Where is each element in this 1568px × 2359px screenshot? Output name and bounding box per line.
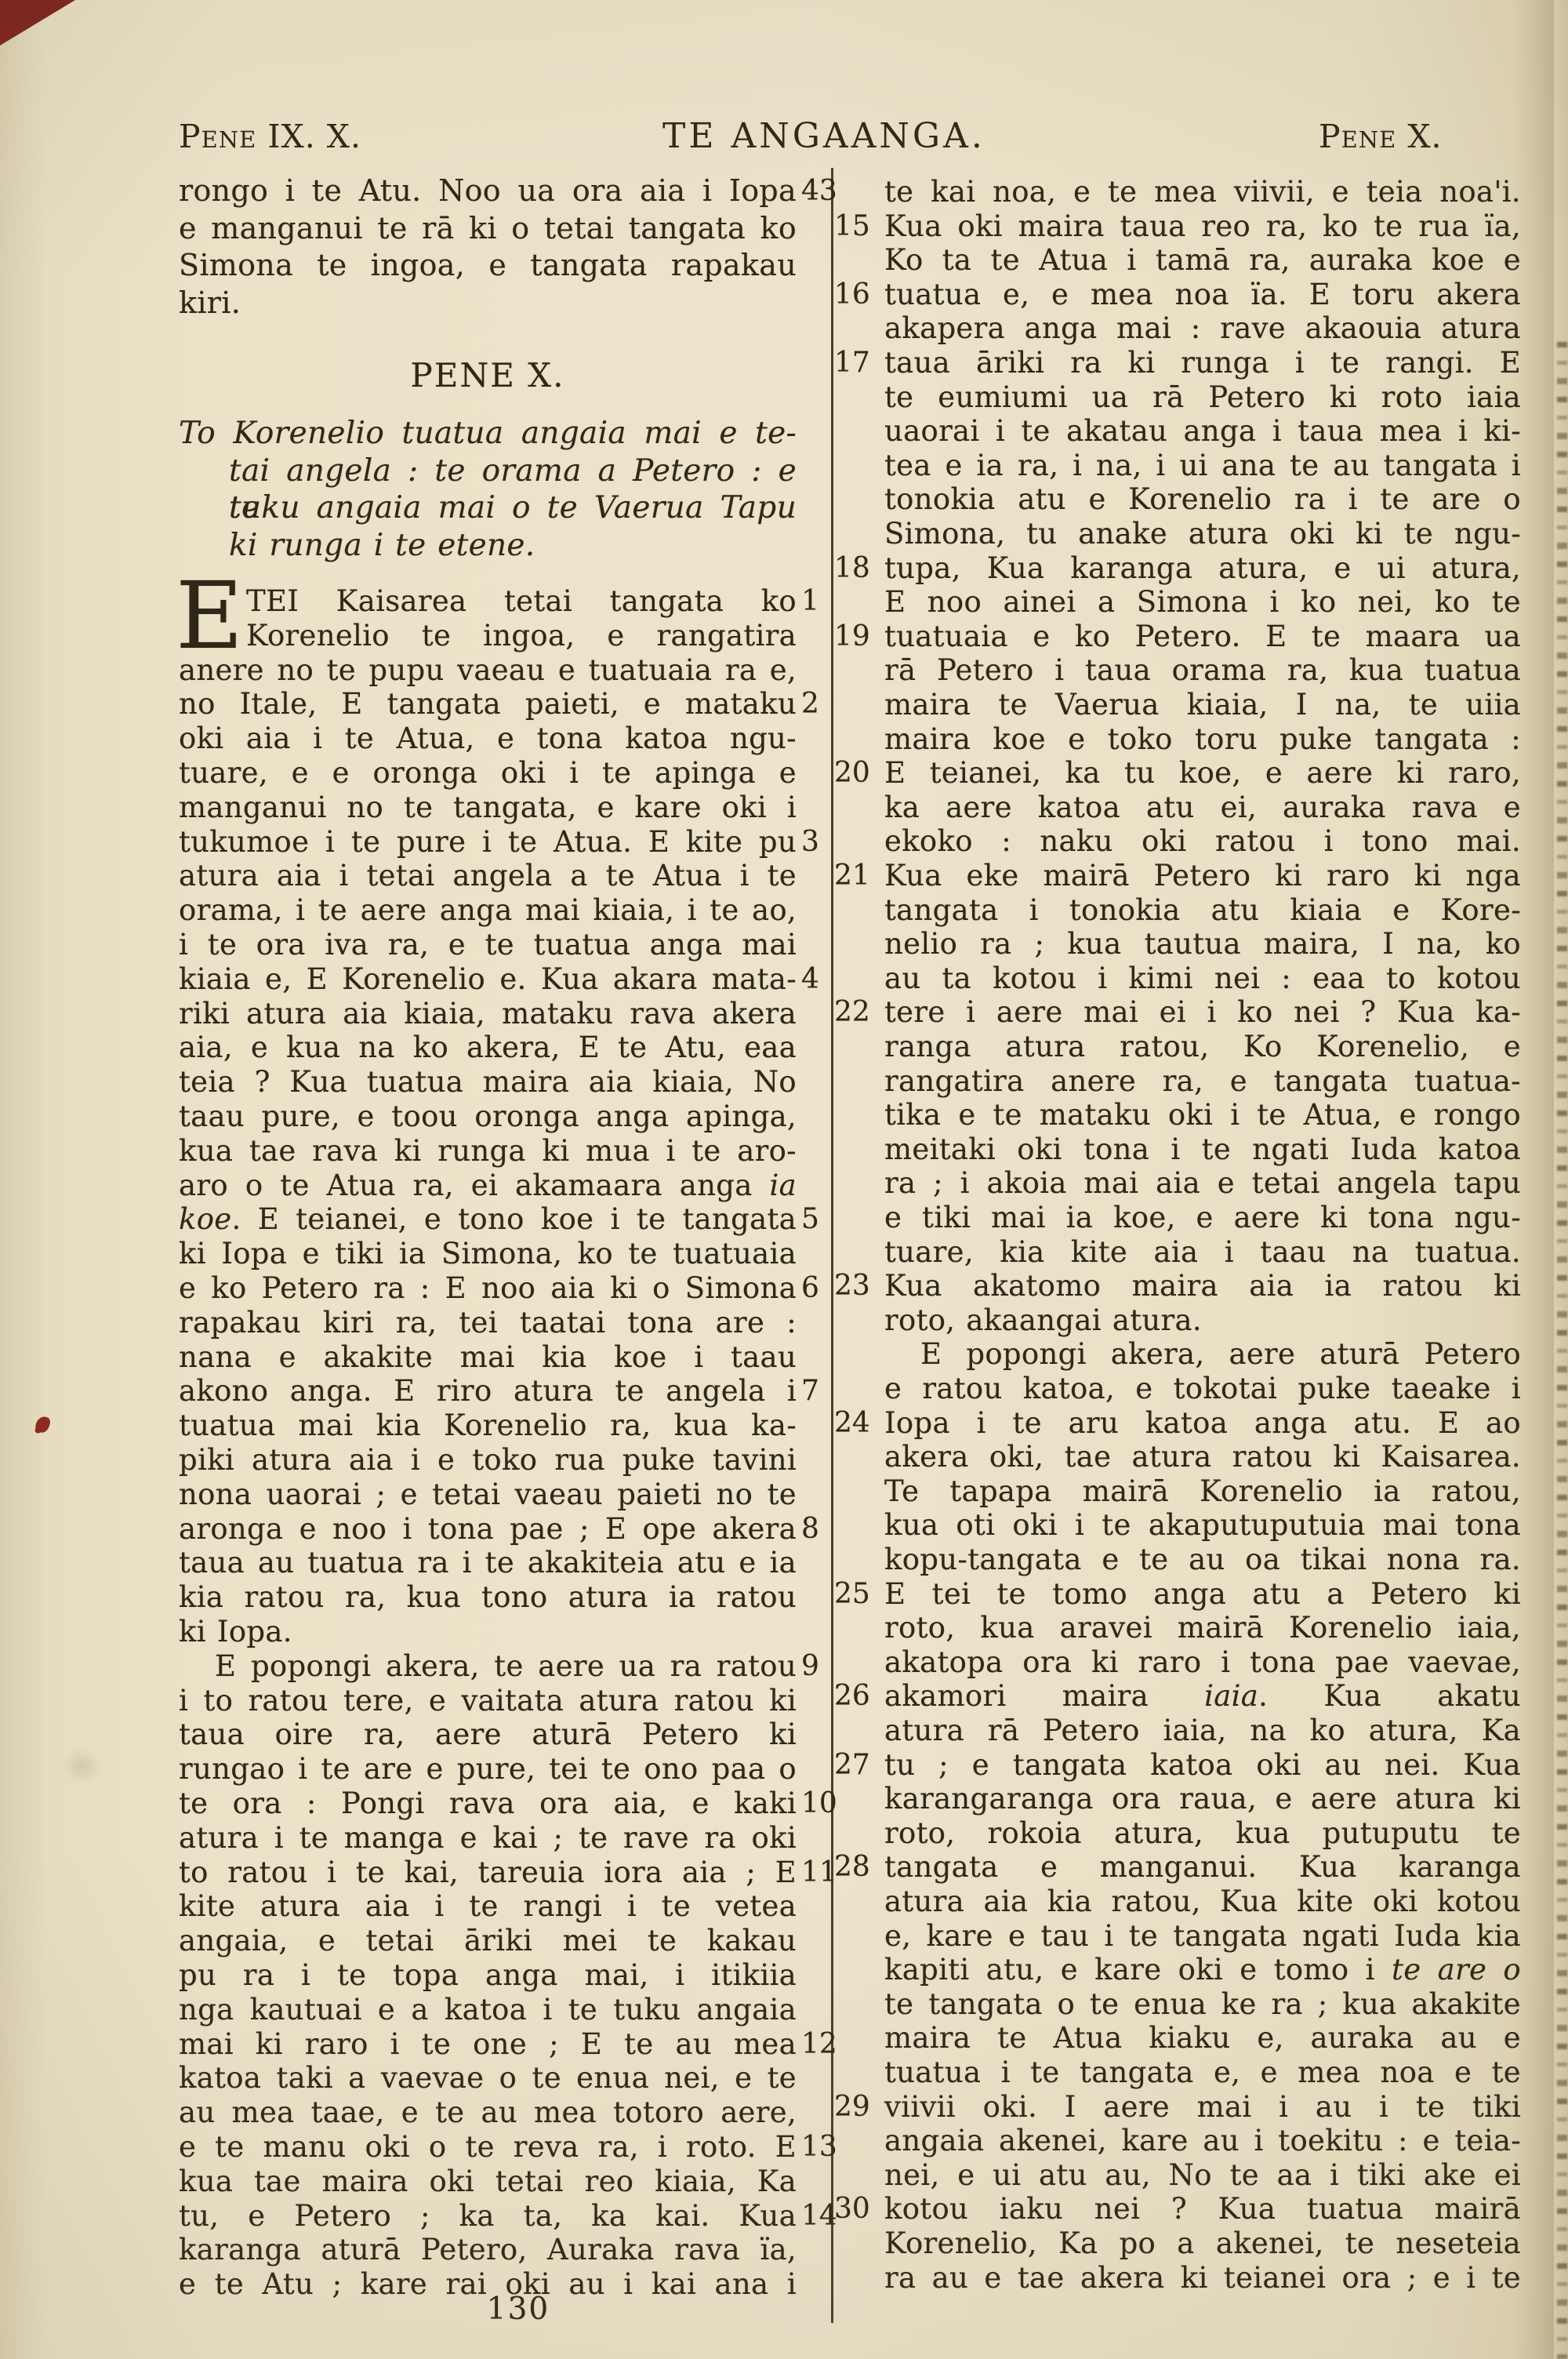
verse-number: 5	[801, 1202, 842, 1237]
left-column: rongo i te Atu. Noo ua ora aia i Iopa43e…	[179, 0, 797, 2359]
text-line: meitaki oki tona i te ngati Iuda katoa	[884, 1132, 1521, 1167]
text-line: Kua oki maira taua reo ra, ko te rua ïa,…	[884, 209, 1521, 244]
text-line: Kua eke mairā Petero ki raro ki nga21	[884, 859, 1521, 893]
text-line: Ko ta te Atua i tamā ra, auraka koe e	[884, 243, 1521, 278]
text-line: e ratou katoa, e tokotai puke taeake i	[884, 1372, 1521, 1406]
text-line: i to ratou tere, e vaitata atura ratou k…	[179, 1684, 797, 1718]
text-line: au ta kotou i kimi nei : eaa to kotou	[884, 961, 1521, 996]
text-line: tu, e Petero ; ka ta, ka kai. Kua14	[179, 2199, 797, 2234]
text-line: aronga e noo i tona pae ; E ope akera8	[179, 1512, 797, 1547]
text-line: kite atura aia i te rangi i te vetea	[179, 1889, 797, 1924]
text-line: e tiki mai ia koe, e aere ki tona ngu-	[884, 1201, 1521, 1235]
text-line: tu ; e tangata katoa oki au nei. Kua27	[884, 1748, 1521, 1783]
verse-number: 16	[834, 278, 880, 312]
verse-number: 27	[834, 1748, 880, 1783]
text-line: uaorai i te akatau anga i taua mea i ki-	[884, 414, 1521, 449]
text-line: kopu-tangata e te au oa tikai nona ra.	[884, 1543, 1521, 1577]
column-divider-rule	[831, 168, 833, 2323]
text-line: kiaia e, E Korenelio e. Kua akara mata-4	[179, 962, 797, 997]
text-line: kua oti oki i te akaputuputuia mai tona	[884, 1508, 1521, 1543]
text-line: nga kautuai e a katoa i te tuku angaia	[179, 1993, 797, 2027]
text-line: Kua akatomo maira aia ia ratou ki23	[884, 1269, 1521, 1303]
text-line: ekoko : naku oki ratou i tono mai.	[884, 824, 1521, 859]
text-line: no Itale, E tangata paieti, e mataku2	[179, 687, 797, 722]
verse-number: 28	[834, 1850, 880, 1885]
text-line: akapera anga mai : rave akaouia atura	[884, 311, 1521, 346]
text-line: tuatua e, e mea noa ïa. E toru akera16	[884, 278, 1521, 312]
verse-number: 19	[834, 620, 880, 654]
text-line: E popongi akera, te aere ua ra ratou9	[179, 1649, 797, 1684]
text-line: nei, e ui atu au, No te aa i tiki ake ei	[884, 2158, 1521, 2193]
text-line: tere i aere mai ei i ko nei ? Kua ka-22	[884, 995, 1521, 1030]
text-line: kua tae maira oki tetai reo kiaia, Ka	[179, 2165, 797, 2199]
text-line: te ora : Pongi rava ora aia, e kaki10	[179, 1787, 797, 1821]
text-line: tupa, Kua karanga atura, e ui atura,18	[884, 551, 1521, 586]
text-line: tuatua i te tangata e, e mea noa e te	[884, 2055, 1521, 2090]
verse-number: 30	[834, 2192, 880, 2226]
text-line: koe. E teianei, e tono koe i te tangata5	[179, 1202, 797, 1237]
text-line: maira te Vaerua kiaia, I na, te uiia	[884, 688, 1521, 722]
text-line: kapiti atu, e kare oki e tomo i te are o	[884, 1953, 1521, 1987]
text-line: kua tae rava ki runga ki mua i te aro-	[179, 1134, 797, 1169]
chapter-heading: PENE X.	[179, 356, 797, 394]
verse-number: 29	[834, 2090, 880, 2125]
text-line: To Korenelio tuatua angaia mai e te-	[179, 415, 797, 453]
text-line: e te manu oki o te reva ra, i roto. E13	[179, 2130, 797, 2165]
text-line: ki runga i te etene.	[179, 527, 797, 565]
text-line: akatopa ora ki raro i tona pae vaevae,	[884, 1645, 1521, 1680]
text-line: roto, akaangai atura.	[884, 1303, 1521, 1338]
text-line: piki atura aia i e toko rua puke tavini	[179, 1443, 797, 1478]
text-line: aia, e kua na ko akera, E te Atu, eaa	[179, 1030, 797, 1065]
text-line: katoa taki a vaevae o te enua nei, e te	[179, 2061, 797, 2095]
text-line: tukumoe i te pure i te Atua. E kite pu3	[179, 825, 797, 860]
red-ink-fleck	[34, 1415, 52, 1434]
text-line: rā Petero i taua orama ra, kua tuatua	[884, 653, 1521, 688]
text-line: taua āriki ra ki runga i te rangi. E17	[884, 346, 1521, 380]
text-line: rapakau kiri ra, tei taatai tona are :	[179, 1306, 797, 1340]
text-line: ra au e tae akera ki teianei ora ; e i t…	[884, 2261, 1521, 2295]
verse-number: 9	[801, 1649, 842, 1684]
text-line: karangaranga ora raua, e aere atura ki	[884, 1782, 1521, 1816]
text-line: au mea taae, e te au mea totoro aere,	[179, 2095, 797, 2130]
text-line: nana e akakite mai kia koe i taau	[179, 1340, 797, 1375]
text-line: rongo i te Atu. Noo ua ora aia i Iopa43	[179, 173, 797, 210]
book-page-scan: Pene IX. X. TE ANGAANGA. Pene X. rongo i…	[0, 0, 1568, 2359]
text-line: karanga aturā Petero, Auraka rava ïa,	[179, 2233, 797, 2267]
text-line: te eumiumi ua rā Petero ki roto iaia	[884, 380, 1521, 415]
text-line: kiri.	[179, 285, 797, 322]
text-line: tika e te mataku oki i te Atua, e rongo	[884, 1098, 1521, 1132]
verse-number: 13	[801, 2130, 842, 2165]
text-line: riki atura aia kiaia, mataku rava akera	[179, 997, 797, 1031]
paper-stain	[55, 1741, 110, 1791]
text-line: taua oire ra, aere aturā Petero ki	[179, 1717, 797, 1752]
verse-number: 20	[834, 756, 880, 791]
text-line: ka aere katoa atu ei, auraka rava e	[884, 791, 1521, 825]
text-line: rungao i te are e pure, tei te ono paa o	[179, 1752, 797, 1787]
text-line: Korenelio te ingoa, e rangatira	[179, 619, 797, 653]
text-line: ranga atura ratou, Ko Korenelio, e	[884, 1030, 1521, 1064]
text-line: Simona te ingoa, e tangata rapakau	[179, 247, 797, 285]
text-line: e ko Petero ra : E noo aia ki o Simona6	[179, 1271, 797, 1306]
text-line: angaia akenei, kare au i toekitu : e tei…	[884, 2124, 1521, 2158]
text-line: Simona, tu anake atura oki ki te ngu-	[884, 517, 1521, 551]
text-line: Te tapapa mairā Korenelio ia ratou,	[884, 1474, 1521, 1509]
text-line: orama, i te aere anga mai kiaia, i te ao…	[179, 893, 797, 928]
text-line: kia ratou ra, kua tono atura ia ratou	[179, 1580, 797, 1615]
text-line: viivii oki. I aere mai i au i te tiki29	[884, 2090, 1521, 2125]
text-line: ki Iopa e tiki ia Simona, ko te tuatuaia	[179, 1237, 797, 1271]
text-line: ki Iopa.	[179, 1615, 797, 1649]
verse-number: 12	[801, 2027, 842, 2062]
text-line: tangata e manganui. Kua karanga28	[884, 1850, 1521, 1885]
text-line: te tangata o te enua ke ra ; kua akakite	[884, 1987, 1521, 2022]
verse-number: 25	[834, 1577, 880, 1612]
text-line: teia ? Kua tuatua maira aia kiaia, No	[179, 1065, 797, 1100]
text-line: kotou iaku nei ? Kua tuatua mairā30	[884, 2192, 1521, 2226]
verse-number: 21	[834, 859, 880, 893]
verse-number: 8	[801, 1512, 842, 1547]
text-line: te kai noa, e te mea viivii, e teia noa'…	[884, 175, 1521, 209]
verse-number: 26	[834, 1679, 880, 1714]
text-line: Korenelio, Ka po a akenei, te neseteia	[884, 2226, 1521, 2261]
text-line: TEI Kaisarea tetai tangata ko1	[179, 584, 797, 619]
text-line: E tei te tomo anga atu a Petero ki25	[884, 1577, 1521, 1612]
text-line: atura i te manga e kai ; te rave ra oki	[179, 1821, 797, 1856]
text-line: e manganui te rā ki o tetai tangata ko	[179, 210, 797, 248]
text-line: nona uaorai ; e tetai vaeau paieti no te	[179, 1478, 797, 1512]
verse-number: 22	[834, 995, 880, 1030]
text-line: rangatira anere ra, e tangata tuatua-	[884, 1064, 1521, 1099]
verse-number: 24	[834, 1406, 880, 1441]
book-cover-corner	[0, 0, 75, 45]
page-fore-edge	[1554, 0, 1568, 2359]
text-line: e, kare e tau i te tangata ngati Iuda ki…	[884, 1919, 1521, 1954]
verse-number: 3	[801, 825, 842, 860]
text-line: E teianei, ka tu koe, e aere ki raro,20	[884, 756, 1521, 791]
verse-number: 23	[834, 1269, 880, 1303]
page-curl-shadow	[1513, 0, 1555, 2359]
text-line: akera oki, tae atura ratou ki Kaisarea.	[884, 1440, 1521, 1474]
text-line: tuku angaia mai o te Vaerua Tapu	[179, 489, 797, 527]
text-line: akono anga. E riro atura te angela i7	[179, 1374, 797, 1408]
verse-number: 17	[834, 346, 880, 380]
drop-cap-letter: E	[176, 580, 241, 652]
text-line: E noo ainei a Simona i ko nei, ko te	[884, 585, 1521, 620]
page-number: 130	[467, 2292, 569, 2327]
text-line: atura aia i tetai angela a te Atua i te	[179, 859, 797, 893]
text-line: aro o te Atua ra, ei akamaara anga ia	[179, 1169, 797, 1203]
right-column: te kai noa, e te mea viivii, e teia noa'…	[884, 0, 1521, 2359]
text-line: maira te Atua kiaku e, auraka au e	[884, 2021, 1521, 2055]
text-line: to ratou i te kai, tareuia iora aia ; E1…	[179, 1856, 797, 1890]
text-line: oki aia i te Atua, e tona katoa ngu-	[179, 722, 797, 756]
text-line: angaia, e tetai āriki mei te kakau	[179, 1924, 797, 1958]
verse-number: 15	[834, 209, 880, 244]
fore-edge-text-smudges	[1557, 329, 1567, 2359]
text-line: roto, kua aravei mairā Korenelio iaia,	[884, 1611, 1521, 1645]
text-line: anere no te pupu vaeau e tuatuaia ra e,	[179, 653, 797, 688]
text-line: atura aia kia ratou, Kua kite oki kotou	[884, 1885, 1521, 1919]
verse-number: 4	[801, 962, 842, 997]
text-line: pu ra i te topa anga mai, i itikiia	[179, 1958, 797, 1993]
text-line: taau pure, e toou oronga anga apinga,	[179, 1100, 797, 1134]
text-line: roto, rokoia atura, kua putuputu te	[884, 1816, 1521, 1851]
text-line: tonokia atu e Korenelio ra i te are o	[884, 482, 1521, 517]
verse-number: 43	[801, 173, 842, 210]
verse-number: 18	[834, 551, 880, 586]
verse-number: 1	[801, 584, 842, 619]
text-line: atura rā Petero iaia, na ko atura, Ka	[884, 1714, 1521, 1748]
text-line: tuare, e e oronga oki i te apinga e	[179, 756, 797, 791]
text-line: tangata i tonokia atu kiaia e Kore-	[884, 893, 1521, 928]
text-line: manganui no te tangata, e kare oki i	[179, 791, 797, 825]
text-line: ra ; i akoia mai aia e tetai angela tapu	[884, 1166, 1521, 1201]
verse-number: 10	[801, 1787, 842, 1821]
text-line: tuatuaia e ko Petero. E te maara ua19	[884, 620, 1521, 654]
text-line: tea e ia ra, i na, i ui ana te au tangat…	[884, 449, 1521, 483]
text-line: maira koe e toko toru puke tangata :	[884, 722, 1521, 757]
text-line: nelio ra ; kua tautua maira, I na, ko	[884, 927, 1521, 961]
text-line: taua au tuatua ra i te akakiteia atu e i…	[179, 1546, 797, 1580]
verse-number: 7	[801, 1374, 842, 1408]
text-line: mai ki raro i te one ; E te au mea12	[179, 2027, 797, 2062]
text-line: Iopa i te aru katoa anga atu. E ao24	[884, 1406, 1521, 1441]
text-line: akamori maira iaia. Kua akatu26	[884, 1679, 1521, 1714]
text-line: E popongi akera, aere aturā Petero	[884, 1337, 1521, 1372]
text-line: tuatua mai kia Korenelio ra, kua ka-	[179, 1408, 797, 1443]
text-line: i te ora iva ra, e te tuatua anga mai	[179, 928, 797, 962]
verse-number: 2	[801, 687, 842, 722]
text-line: tuare, kia kite aia i taau na tuatua.	[884, 1235, 1521, 1270]
